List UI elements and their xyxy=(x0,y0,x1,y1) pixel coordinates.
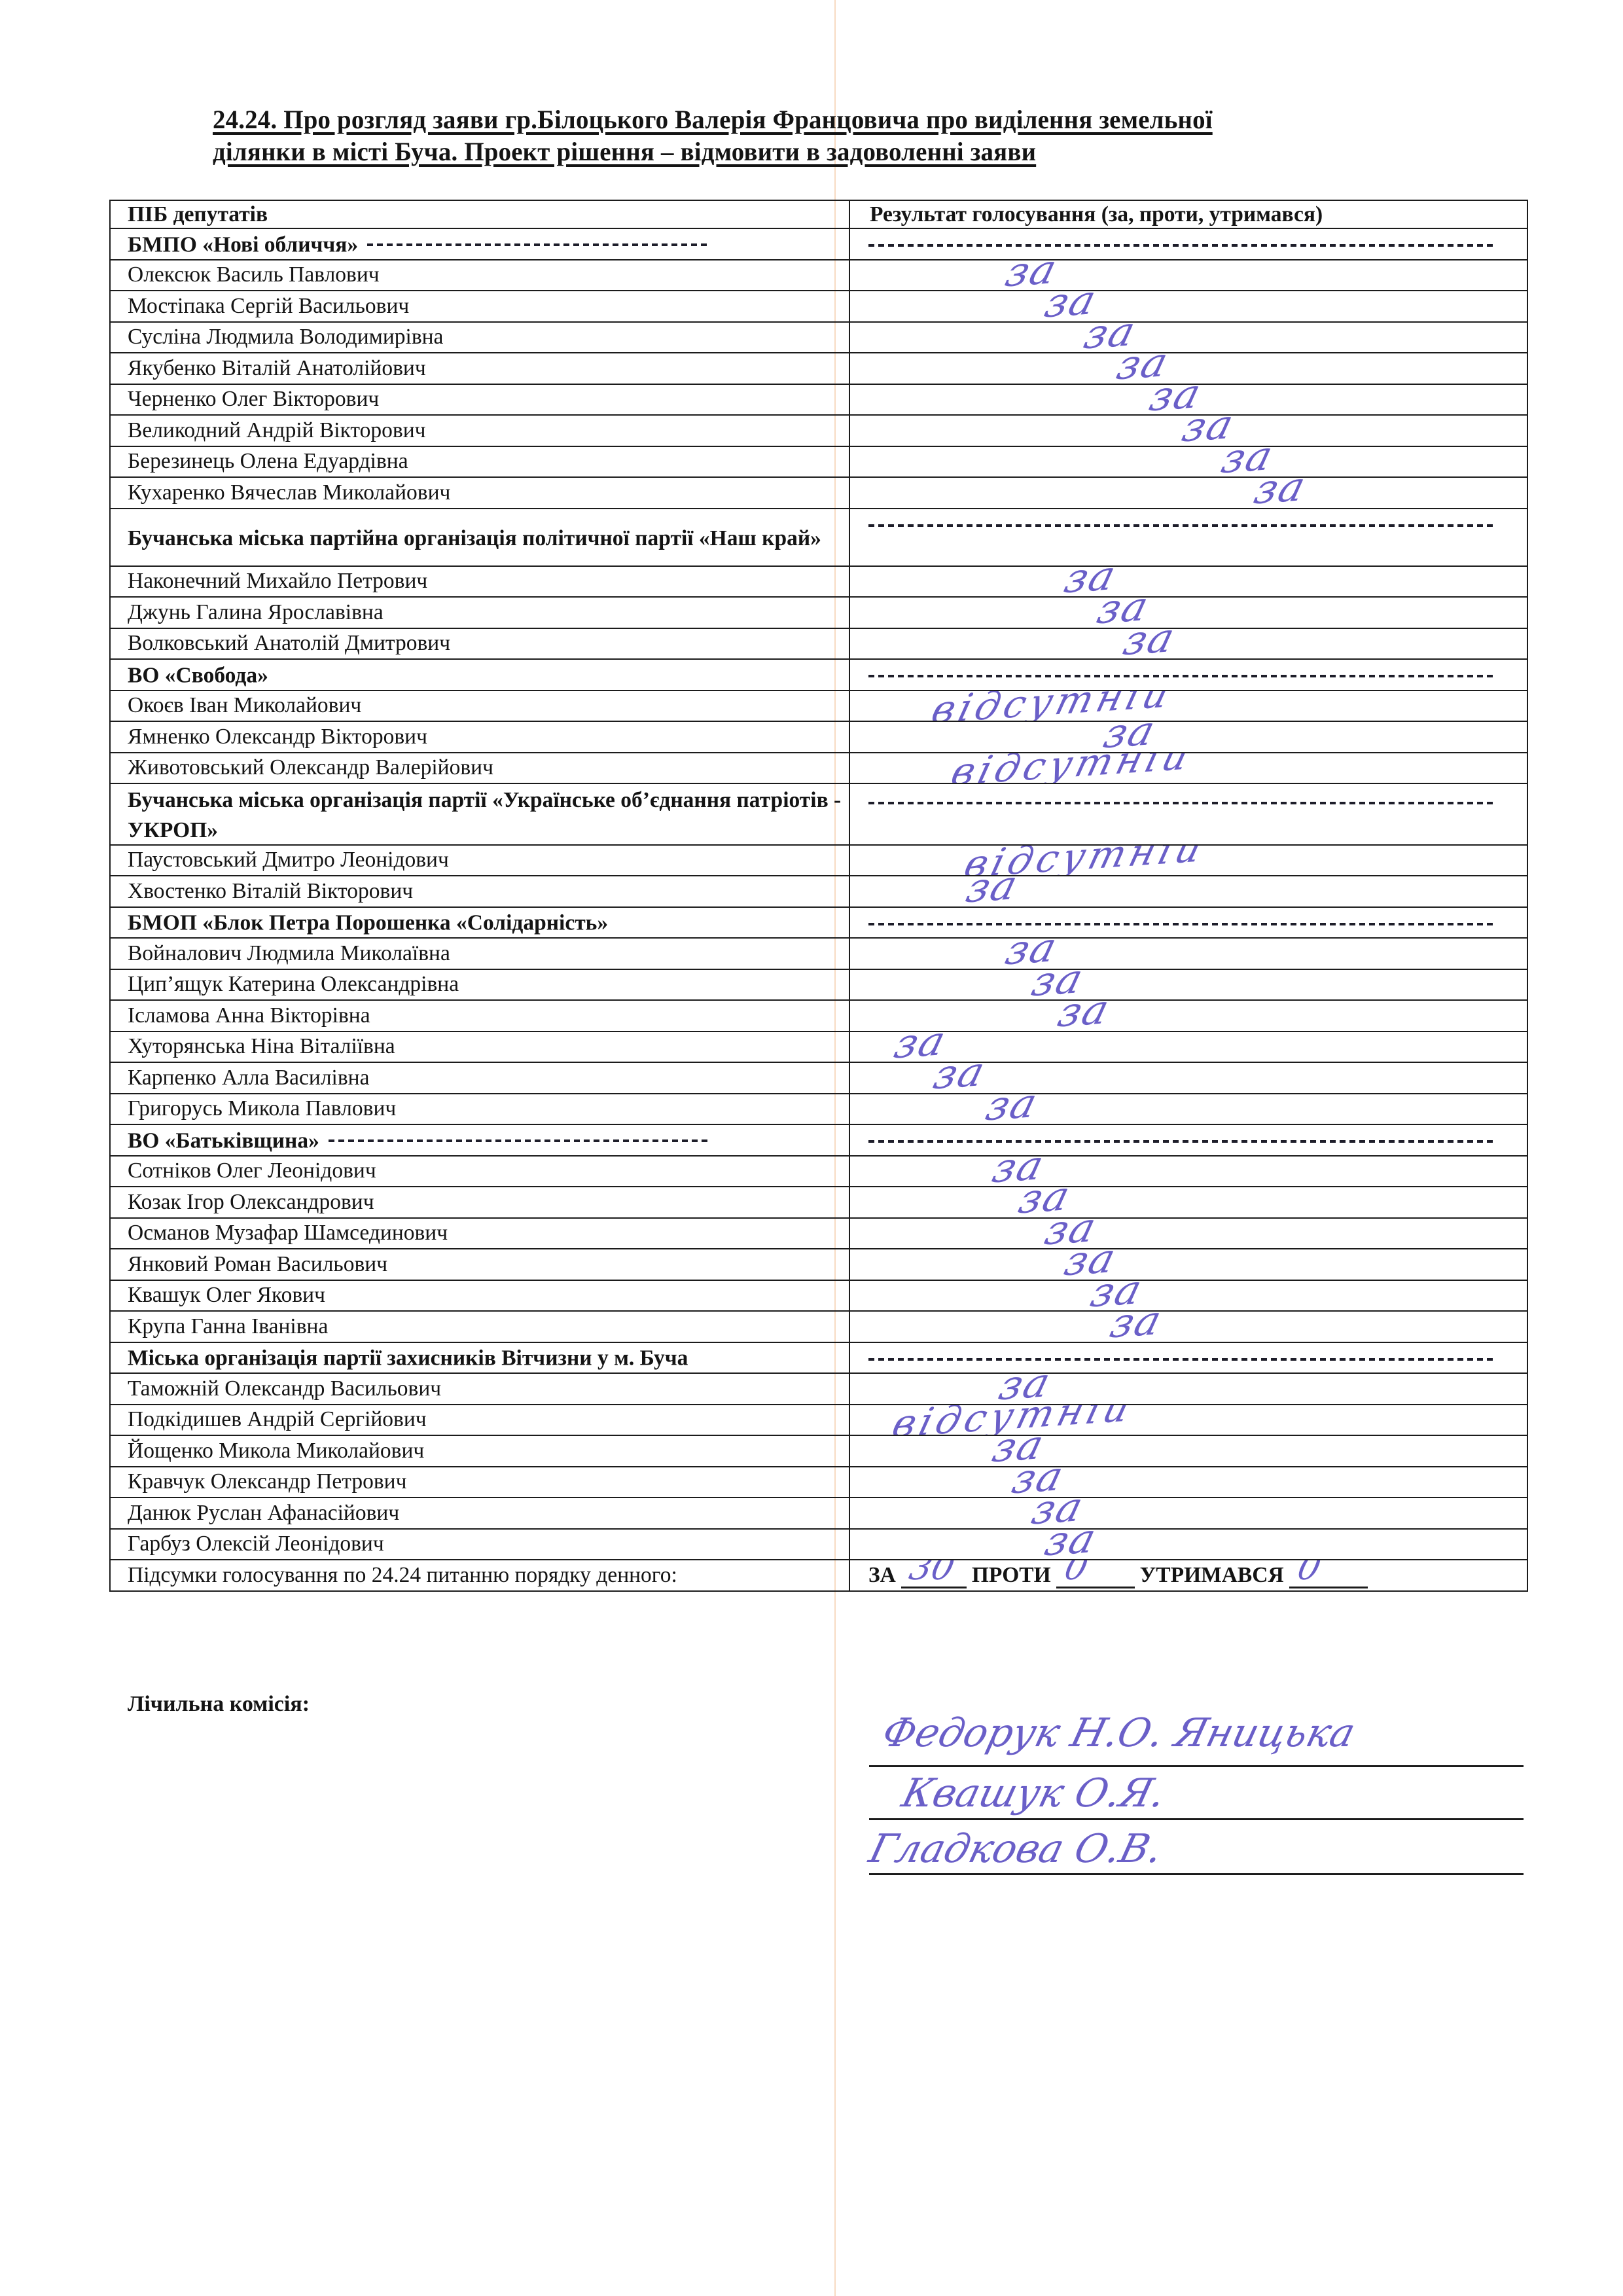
group-row: ВО «Батьківщина» xyxy=(110,1124,1527,1156)
deputy-name: Сусліна Людмила Володимирівна xyxy=(110,322,849,353)
vote-cell: за xyxy=(849,1498,1527,1529)
table-row: Данюк Руслан Афанасійовичза xyxy=(110,1498,1527,1529)
table-row: Хуторянська Ніна Віталіївназа xyxy=(110,1031,1527,1063)
table-row: Квашук Олег Яковичза xyxy=(110,1280,1527,1312)
vote-cell: за xyxy=(849,1094,1527,1125)
handwritten-vote: за xyxy=(1218,446,1278,478)
against-label: ПРОТИ xyxy=(972,1563,1051,1587)
handwritten-vote: за xyxy=(891,1031,951,1063)
table-row: Паустовський Дмитро Леонідовичвідсутній xyxy=(110,845,1527,876)
party-group-name: БМОП «Блок Петра Порошенка «Солідарність… xyxy=(110,907,849,939)
handwritten-vote: за xyxy=(1094,597,1154,628)
abstain-label: УТРИМАВСЯ xyxy=(1140,1563,1284,1587)
deputy-name: Кухаренко Вячеслав Миколайович xyxy=(110,477,849,509)
table-row: Григорусь Микола Павловичза xyxy=(110,1094,1527,1125)
against-count: 0 xyxy=(1061,1560,1091,1585)
vote-cell: відсутній xyxy=(849,753,1527,784)
deputy-name: Козак Ігор Олександрович xyxy=(110,1187,849,1218)
party-group-label: БМПО «Нові обличчя» xyxy=(128,232,358,257)
vote-cell: за xyxy=(849,260,1527,291)
table-row: Мостіпака Сергій Васильовичза xyxy=(110,291,1527,322)
handwritten-vote: за xyxy=(1041,1218,1101,1249)
table-row: Цип’ящук Катерина Олександрівназа xyxy=(110,969,1527,1001)
table-row: Волковський Анатолій Дмитровичза xyxy=(110,628,1527,660)
totals-row: Підсумки голосування по 24.24 питанню по… xyxy=(110,1560,1527,1591)
vote-cell: за xyxy=(849,384,1527,416)
handwritten-vote: за xyxy=(1179,415,1239,446)
handwritten-vote: за xyxy=(995,1373,1056,1405)
handwritten-vote: за xyxy=(1041,291,1101,322)
vote-cell: за xyxy=(849,1031,1527,1063)
vote-cell: відсутній xyxy=(849,1405,1527,1436)
vote-cell: за xyxy=(849,1187,1527,1218)
vote-cell: за xyxy=(849,566,1527,598)
handwritten-vote: за xyxy=(963,876,1023,907)
signature-2: Квашук О.Я. xyxy=(899,1774,1169,1813)
group-row: БМОП «Блок Петра Порошенка «Солідарність… xyxy=(110,907,1527,939)
vote-cell: за xyxy=(849,1467,1527,1498)
signature-line-1 xyxy=(869,1765,1524,1767)
vote-cell: за xyxy=(849,291,1527,322)
title-line-1: 24.24. Про розгляд заяви гр.Білоцького В… xyxy=(213,105,1213,134)
vote-cell: за xyxy=(849,1062,1527,1094)
deputy-name: Сотніков Олег Леонідович xyxy=(110,1156,849,1187)
header-deputy-names: ПІБ депутатів xyxy=(110,200,849,228)
deputy-name: Йощенко Микола Миколайович xyxy=(110,1435,849,1467)
deputy-name: Ямненко Олександр Вікторович xyxy=(110,721,849,753)
party-group-name: Бучанська міська організація партії «Укр… xyxy=(110,783,849,845)
vote-cell: за xyxy=(849,322,1527,353)
vote-cell: за xyxy=(849,353,1527,384)
totals-values: ЗА30ПРОТИ0УТРИМАВСЯ0 xyxy=(849,1560,1527,1591)
group-row: БМПО «Нові обличчя» xyxy=(110,228,1527,260)
group-row: Бучанська міська партійна організація по… xyxy=(110,509,1527,566)
deputy-name: Григорусь Микола Павлович xyxy=(110,1094,849,1125)
party-group-label: Бучанська міська організація партії «Укр… xyxy=(128,788,841,842)
table-row: Кравчук Олександр Петровичза xyxy=(110,1467,1527,1498)
signature-3: Гладкова О.В. xyxy=(866,1829,1167,1869)
party-group-name: БМПО «Нові обличчя» xyxy=(110,228,849,260)
deputy-name: Окоєв Іван Миколайович xyxy=(110,691,849,722)
voting-table: ПІБ депутатів Результат голосування (за,… xyxy=(109,200,1528,1592)
handwritten-vote: за xyxy=(1146,384,1206,416)
table-row: Наконечний Михайло Петровичза xyxy=(110,566,1527,598)
table-row: Османов Музафар Шамсединовичза xyxy=(110,1218,1527,1249)
deputy-name: Кравчук Олександр Петрович xyxy=(110,1467,849,1498)
vote-cell: відсутній xyxy=(849,691,1527,722)
vote-cell: за xyxy=(849,1311,1527,1342)
totals-label: Підсумки голосування по 24.24 питанню по… xyxy=(110,1560,849,1591)
group-row: ВО «Свобода» xyxy=(110,659,1527,691)
dashed-filler xyxy=(329,1139,708,1142)
vote-cell: за xyxy=(849,1218,1527,1249)
agenda-item-title: 24.24. Про розгляд заяви гр.Білоцького В… xyxy=(213,103,1425,168)
table-row: Якубенко Віталій Анатолійовичза xyxy=(110,353,1527,384)
handwritten-vote: за xyxy=(930,1062,990,1094)
handwritten-vote: за xyxy=(1087,1280,1147,1312)
vote-cell: за xyxy=(849,1280,1527,1312)
party-group-label: ВО «Батьківщина» xyxy=(128,1128,319,1153)
handwritten-vote: за xyxy=(1120,628,1180,660)
dashed-filler xyxy=(868,524,1497,527)
handwritten-vote: за xyxy=(1002,938,1062,969)
vote-cell: за xyxy=(849,938,1527,969)
handwritten-vote: за xyxy=(1061,1249,1121,1280)
dashed-filler xyxy=(868,923,1497,925)
deputy-name: Мостіпака Сергій Васильович xyxy=(110,291,849,322)
counting-commission-label: Лічильна комісія: xyxy=(128,1692,310,1717)
handwritten-vote: за xyxy=(1061,566,1121,598)
table-row: Черненко Олег Вікторовичза xyxy=(110,384,1527,416)
table-row: Олексюк Василь Павловичза xyxy=(110,260,1527,291)
group-result-placeholder xyxy=(849,1124,1527,1156)
handwritten-vote: за xyxy=(1008,1467,1069,1498)
party-group-label: Міська організація партії захисників Віт… xyxy=(128,1346,688,1371)
group-result-placeholder xyxy=(849,228,1527,260)
deputy-name: Волковський Анатолій Дмитрович xyxy=(110,628,849,660)
handwritten-vote: за xyxy=(989,1156,1049,1187)
table-row: Сотніков Олег Леонідовичза xyxy=(110,1156,1527,1187)
party-group-name: ВО «Батьківщина» xyxy=(110,1124,849,1156)
group-result-placeholder xyxy=(849,783,1527,845)
party-group-label: Бучанська міська партійна організація по… xyxy=(128,526,821,550)
table-row: Ямненко Олександр Вікторовичза xyxy=(110,721,1527,753)
handwritten-vote: за xyxy=(1251,477,1311,509)
group-row: Бучанська міська організація партії «Укр… xyxy=(110,783,1527,845)
table-row: Таможній Олександр Васильовичза xyxy=(110,1373,1527,1405)
party-group-name: Бучанська міська партійна організація по… xyxy=(110,509,849,566)
abstain-count: 0 xyxy=(1294,1560,1324,1585)
dashed-filler xyxy=(868,1358,1497,1361)
vote-cell: за xyxy=(849,969,1527,1001)
table-row: Великодний Андрій Вікторовичза xyxy=(110,415,1527,446)
group-result-placeholder xyxy=(849,509,1527,566)
dashed-filler xyxy=(868,802,1497,804)
table-row: Животовський Олександр Валерійовичвідсут… xyxy=(110,753,1527,784)
deputy-name: Крупа Ганна Іванівна xyxy=(110,1311,849,1342)
handwritten-vote: за xyxy=(1015,1187,1075,1218)
vote-cell: за xyxy=(849,876,1527,907)
deputy-name: Животовський Олександр Валерійович xyxy=(110,753,849,784)
handwritten-vote: відсутній xyxy=(961,845,1210,876)
against-field: 0 xyxy=(1056,1567,1135,1588)
table-row: Козак Ігор Олександровичза xyxy=(110,1187,1527,1218)
vote-cell: за xyxy=(849,1249,1527,1280)
deputy-name: Якубенко Віталій Анатолійович xyxy=(110,353,849,384)
table-row: Кухаренко Вячеслав Миколайовичза xyxy=(110,477,1527,509)
title-line-2: ділянки в місті Буча. Проект рішення – в… xyxy=(213,137,1036,166)
group-result-placeholder xyxy=(849,1342,1527,1374)
table-row: Йощенко Микола Миколайовичза xyxy=(110,1435,1527,1467)
table-row: Крупа Ганна Іванівназа xyxy=(110,1311,1527,1342)
deputy-name: Великодний Андрій Вікторович xyxy=(110,415,849,446)
deputy-name: Ісламова Анна Вікторівна xyxy=(110,1000,849,1031)
group-row: Міська організація партії захисників Віт… xyxy=(110,1342,1527,1374)
vote-cell: за xyxy=(849,446,1527,478)
deputy-name: Квашук Олег Якович xyxy=(110,1280,849,1312)
deputy-name: Паустовський Дмитро Леонідович xyxy=(110,845,849,876)
deputy-name: Березинець Олена Едуардівна xyxy=(110,446,849,478)
vote-cell: за xyxy=(849,1156,1527,1187)
abstain-field: 0 xyxy=(1289,1567,1368,1588)
handwritten-vote: за xyxy=(1028,1498,1088,1529)
table-row: Подкідишев Андрій Сергійовичвідсутній xyxy=(110,1405,1527,1436)
deputy-name: Подкідишев Андрій Сергійович xyxy=(110,1405,849,1436)
dashed-filler xyxy=(868,675,1497,677)
vote-cell: за xyxy=(849,1000,1527,1031)
vote-cell: за xyxy=(849,1373,1527,1405)
vote-cell: за xyxy=(849,415,1527,446)
header-vote-result: Результат голосування (за, проти, утрима… xyxy=(849,200,1527,228)
party-group-name: Міська організація партії захисників Віт… xyxy=(110,1342,849,1374)
dashed-filler xyxy=(868,244,1497,247)
handwritten-vote: за xyxy=(1107,1311,1167,1342)
table-row: Гарбуз Олексій Леонідовичза xyxy=(110,1529,1527,1560)
deputy-name: Олексюк Василь Павлович xyxy=(110,260,849,291)
table-row: Янковий Роман Васильовичза xyxy=(110,1249,1527,1280)
deputy-name: Черненко Олег Вікторович xyxy=(110,384,849,416)
vote-cell: за xyxy=(849,628,1527,660)
table-row: Сусліна Людмила Володимирівназа xyxy=(110,322,1527,353)
deputy-name: Цип’ящук Катерина Олександрівна xyxy=(110,969,849,1001)
group-result-placeholder xyxy=(849,659,1527,691)
party-group-name: ВО «Свобода» xyxy=(110,659,849,691)
handwritten-vote: за xyxy=(1041,1529,1101,1560)
vote-cell: за xyxy=(849,721,1527,753)
vote-cell: за xyxy=(849,597,1527,628)
deputy-name: Джунь Галина Ярославівна xyxy=(110,597,849,628)
deputy-name: Гарбуз Олексій Леонідович xyxy=(110,1529,849,1560)
vote-cell: за xyxy=(849,477,1527,509)
handwritten-vote: за xyxy=(1113,353,1173,384)
deputy-name: Карпенко Алла Василівна xyxy=(110,1062,849,1094)
deputy-name: Войналович Людмила Миколаївна xyxy=(110,938,849,969)
deputy-name: Наконечний Михайло Петрович xyxy=(110,566,849,598)
deputy-name: Янковий Роман Васильович xyxy=(110,1249,849,1280)
vote-cell: відсутній xyxy=(849,845,1527,876)
dashed-filler xyxy=(367,243,707,246)
handwritten-vote: відсутній xyxy=(928,691,1177,722)
handwritten-vote: відсутній xyxy=(948,753,1197,784)
handwritten-vote: за xyxy=(1054,1000,1115,1031)
deputy-name: Хуторянська Ніна Віталіївна xyxy=(110,1031,849,1063)
group-result-placeholder xyxy=(849,907,1527,939)
signature-line-3 xyxy=(869,1873,1524,1875)
deputy-name: Османов Музафар Шамсединович xyxy=(110,1218,849,1249)
for-label: ЗА xyxy=(868,1563,896,1587)
table-row: Хвостенко Віталій Вікторовичза xyxy=(110,876,1527,907)
handwritten-vote: за xyxy=(1080,322,1141,353)
table-row: Ісламова Анна Вікторівназа xyxy=(110,1000,1527,1031)
handwritten-vote: за xyxy=(1028,969,1088,1001)
signature-line-2 xyxy=(869,1818,1524,1820)
deputy-name: Таможній Олександр Васильович xyxy=(110,1373,849,1405)
table-row: Березинець Олена Едуардівназа xyxy=(110,446,1527,478)
handwritten-vote: за xyxy=(1002,260,1062,291)
dashed-filler xyxy=(868,1140,1497,1143)
table-row: Карпенко Алла Василівназа xyxy=(110,1062,1527,1094)
deputy-name: Данюк Руслан Афанасійович xyxy=(110,1498,849,1529)
deputy-name: Хвостенко Віталій Вікторович xyxy=(110,876,849,907)
handwritten-vote: за xyxy=(1100,721,1160,753)
table-row: Войналович Людмила Миколаївназа xyxy=(110,938,1527,969)
table-row: Джунь Галина Ярославівназа xyxy=(110,597,1527,628)
for-field: 30 xyxy=(901,1567,967,1588)
for-count: 30 xyxy=(906,1560,957,1585)
party-group-label: ВО «Свобода» xyxy=(128,663,268,687)
handwritten-vote: за xyxy=(982,1094,1043,1125)
table-row: Окоєв Іван Миколайовичвідсутній xyxy=(110,691,1527,722)
party-group-label: БМОП «Блок Петра Порошенка «Солідарність… xyxy=(128,911,608,935)
handwritten-vote: відсутній xyxy=(889,1405,1138,1436)
handwritten-vote: за xyxy=(989,1435,1049,1467)
vote-cell: за xyxy=(849,1435,1527,1467)
table-header-row: ПІБ депутатів Результат голосування (за,… xyxy=(110,200,1527,228)
signature-1: Федорук Н.О. Яницька xyxy=(879,1713,1359,1753)
vote-cell: за xyxy=(849,1529,1527,1560)
